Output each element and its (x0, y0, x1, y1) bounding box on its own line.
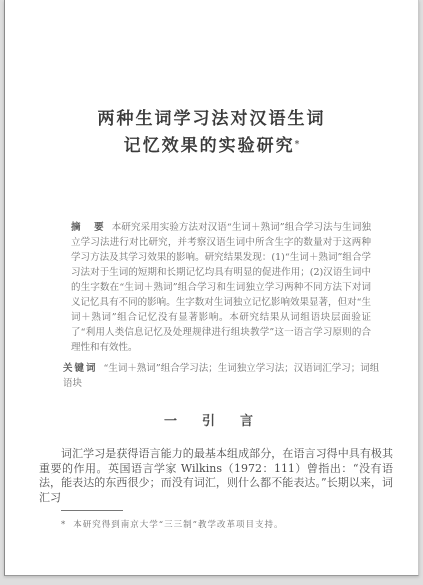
paper-page: 两种生词学习法对汉语生词 记忆效果的实验研究* 摘 要本研究采用实验方法对汉语“… (4, 0, 419, 576)
paper-title-line2: 记忆效果的实验研究* (5, 133, 418, 160)
body-paragraph: 词汇学习是获得语言能力的最基本组成部分，在语言习得中具有极其重要的作用。英国语言… (39, 447, 393, 505)
abstract-label: 摘 要 (71, 222, 106, 233)
title-footnote-asterisk: * (295, 140, 300, 150)
paper-title-line1: 两种生词学习法对汉语生词 (5, 106, 418, 133)
keywords-label: 关键词 (63, 363, 98, 374)
abstract-text: 本研究采用实验方法对汉语“生词＋熟词”组合学习法与生词独立学习法进行对比研究，并… (71, 222, 371, 353)
footnote: *本研究得到南京大学“三三制”教学改革项目支持。 (61, 518, 381, 530)
keywords: 关键词“生词＋熟词”组合学习法；生词独立学习法；汉语词汇学习；词组语块 (63, 361, 383, 391)
abstract: 摘 要本研究采用实验方法对汉语“生词＋熟词”组合学习法与生词独立学习法进行对比研… (71, 220, 371, 355)
footnote-marker: * (61, 520, 66, 530)
section-heading: 一 引 言 (5, 410, 418, 429)
keywords-text: “生词＋熟词”组合学习法；生词独立学习法；汉语词汇学习；词组语块 (63, 363, 379, 389)
footnote-text: 本研究得到南京大学“三三制”教学改革项目支持。 (73, 520, 283, 530)
paper-title: 两种生词学习法对汉语生词 记忆效果的实验研究* (5, 106, 418, 160)
footnote-separator (61, 510, 123, 511)
